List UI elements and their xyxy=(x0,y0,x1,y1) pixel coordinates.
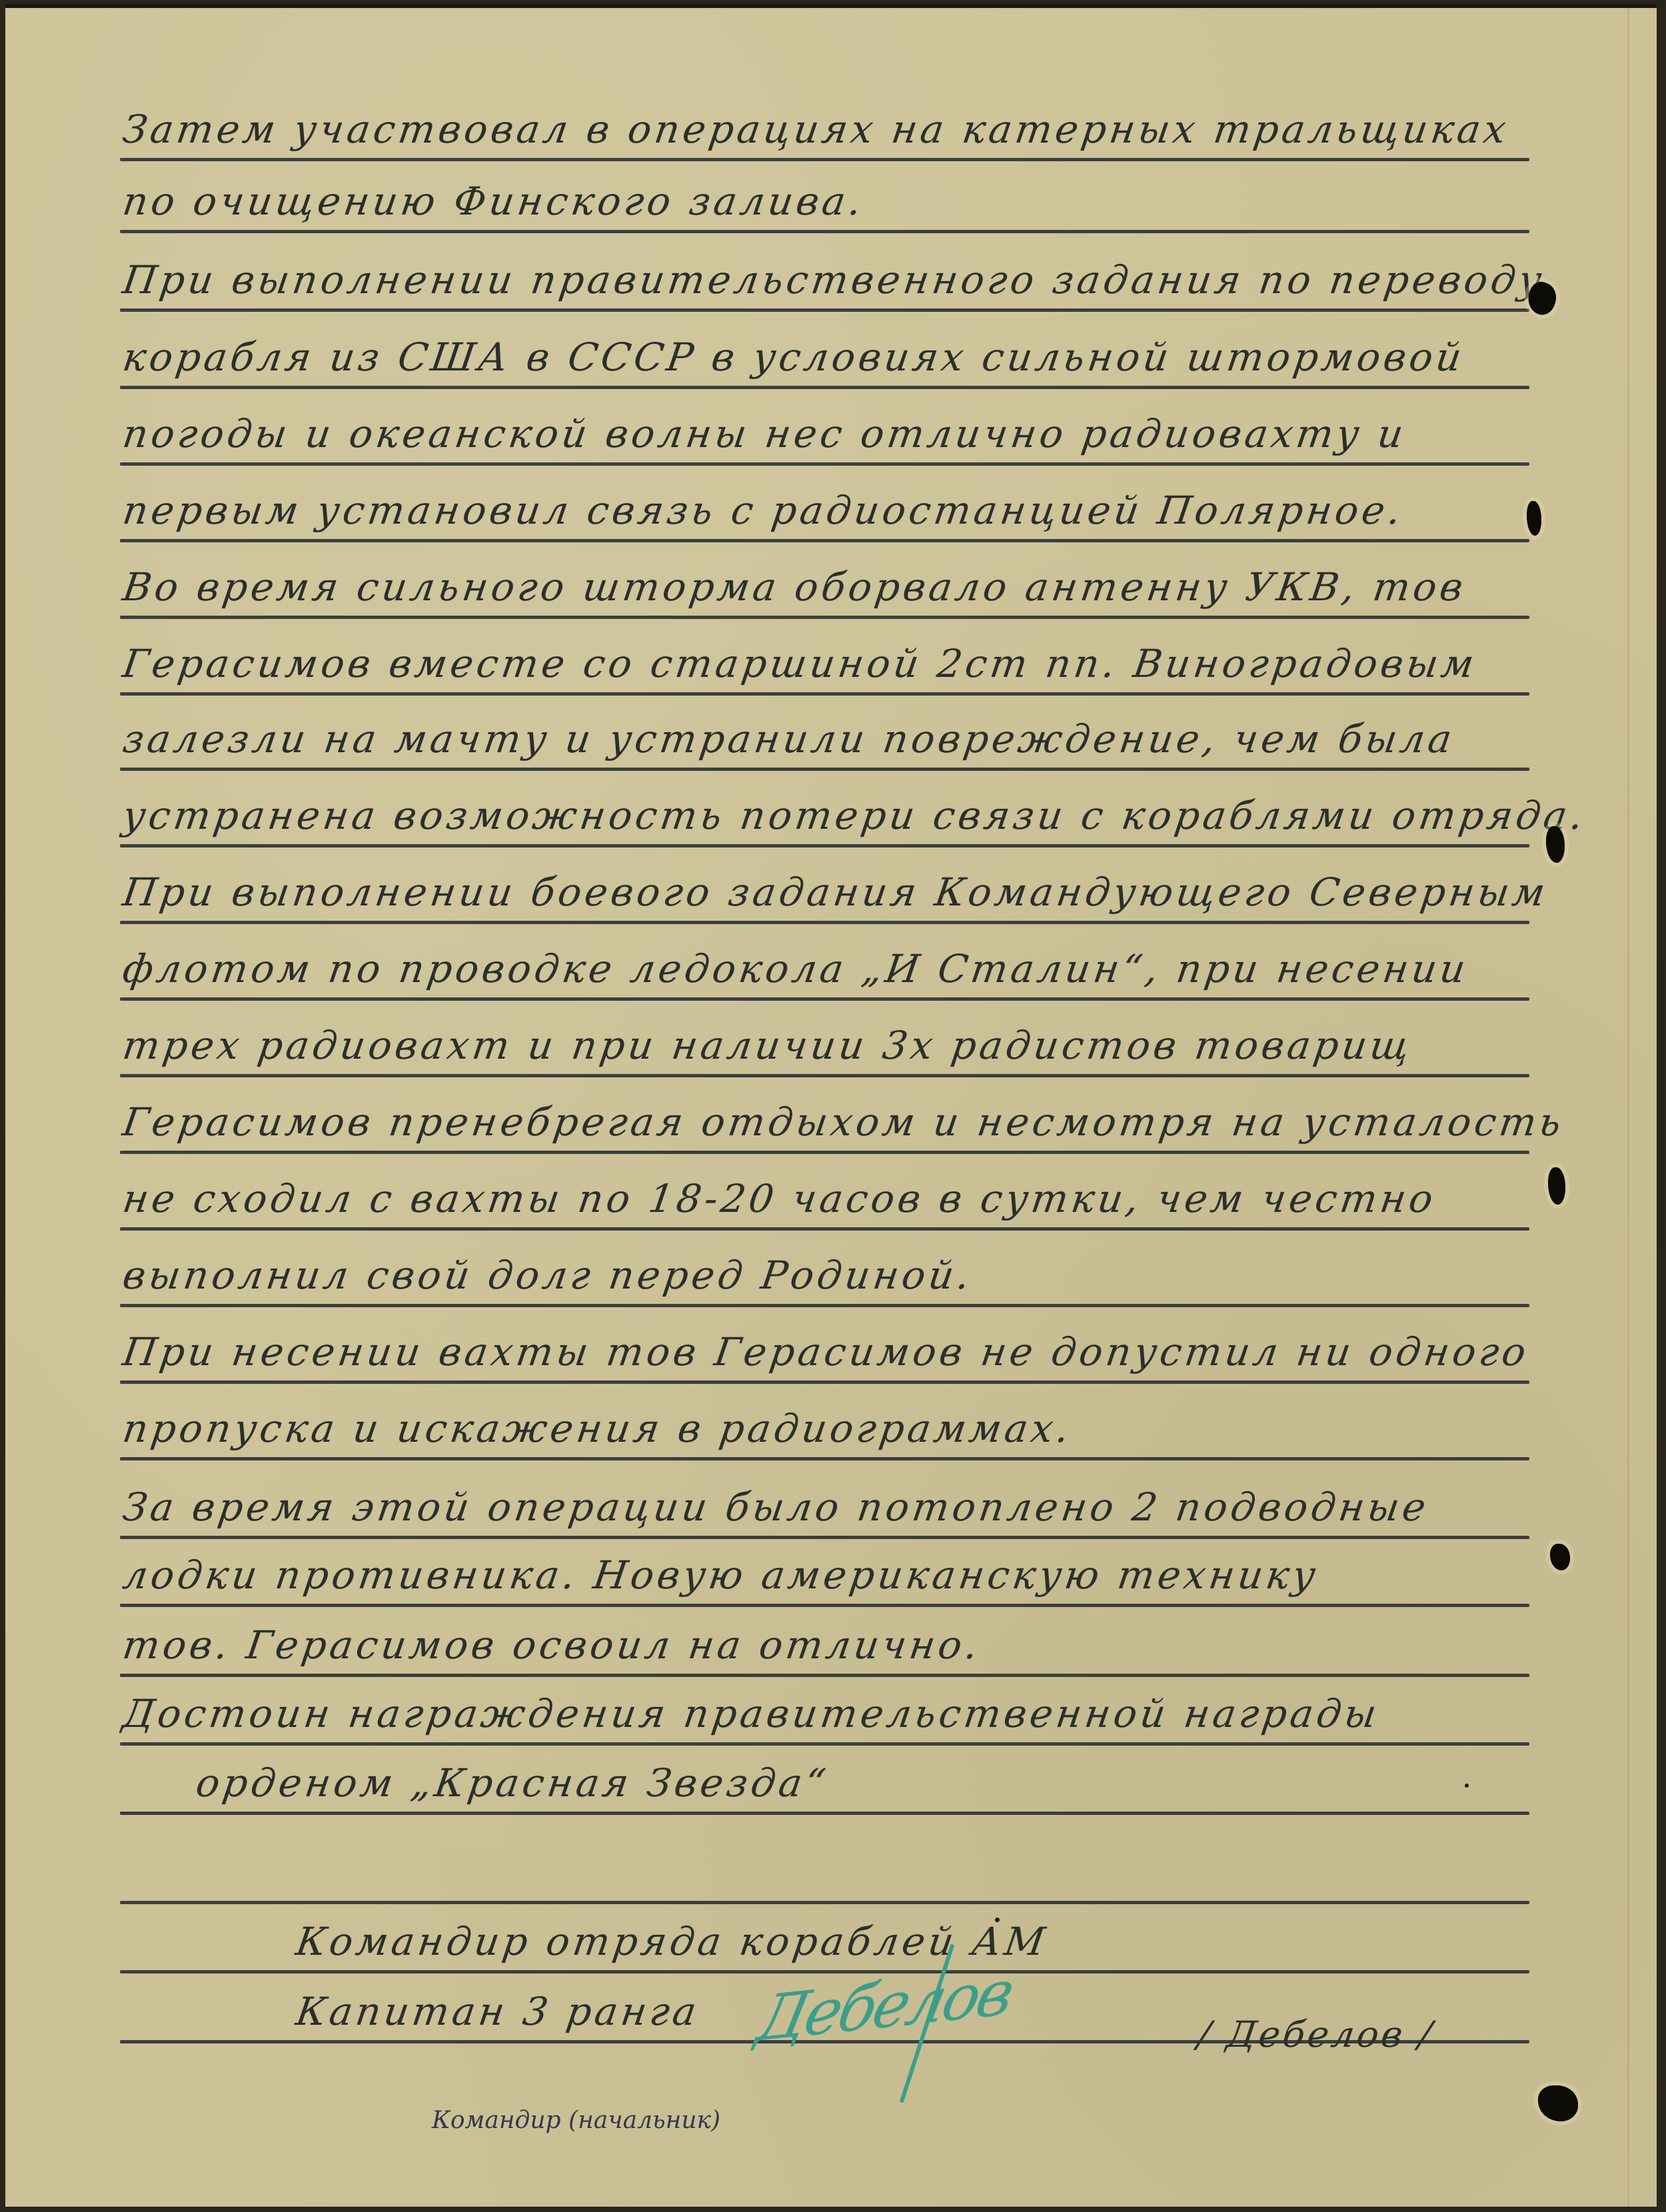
handwritten-text: За время этой операции было потоплено 2 … xyxy=(120,1484,1432,1530)
text-line-1: Затем участвовал в операциях на катерных… xyxy=(120,81,1529,161)
text-line-5: погоды и океанской волны нес отлично рад… xyxy=(120,386,1529,466)
signatory-name: / Дебелов / xyxy=(1196,2013,1437,2055)
handwritten-text: Герасимов пренебрегая отдыхом и несмотря… xyxy=(120,1099,1567,1145)
handwritten-text: пропуска и искажения в радиограммах. xyxy=(120,1406,1075,1451)
handwritten-text: не сходил с вахты по 18-20 часов в сутки… xyxy=(120,1176,1439,1221)
handwritten-text: выполнил свой долг перед Родиной. xyxy=(120,1253,976,1298)
binder-hole xyxy=(1538,2085,1578,2121)
handwritten-text: залезли на мачту и устранили повреждение… xyxy=(120,716,1458,762)
text-line-11: При выполнении боевого задания Командующ… xyxy=(120,844,1529,924)
handwritten-text: первым установил связь с радиостанцией П… xyxy=(120,488,1407,533)
handwritten-text: Герасимов вместе со старшиной 2ст пп. Ви… xyxy=(120,641,1480,686)
handwritten-text: Во время сильного шторма оборвало антенн… xyxy=(120,564,1469,610)
handwritten-text: При несении вахты тов Герасимов не допус… xyxy=(120,1329,1532,1375)
text-line-16: выполнил свой долг перед Родиной. xyxy=(120,1227,1529,1307)
handwritten-text: лодки противника. Новую американскую тех… xyxy=(120,1552,1321,1598)
text-line-23: орденом „Красная Звезда“ xyxy=(120,1735,1529,1815)
text-line-12: флотом по проводке ледокола „И Сталин“, … xyxy=(120,921,1529,1001)
handwritten-text: Достоин награждения правительственной на… xyxy=(120,1691,1383,1736)
binder-hole xyxy=(1550,1544,1570,1570)
text-line-7: Во время сильного шторма оборвало антенн… xyxy=(120,539,1529,619)
printed-form-caption: Командир (начальник) xyxy=(432,2107,720,2134)
text-line-24-blank xyxy=(120,1824,1529,1904)
handwritten-text: устранена возможность потери связи с кор… xyxy=(120,793,1589,838)
text-line-20: лодки противника. Новую американскую тех… xyxy=(120,1527,1529,1607)
text-line-2: по очищению Финского залива. xyxy=(120,153,1529,233)
document-page: Затем участвовал в операциях на катерных… xyxy=(5,4,1657,2207)
text-line-6: первым установил связь с радиостанцией П… xyxy=(120,462,1529,542)
ruled-line xyxy=(120,1812,1529,1815)
binder-hole xyxy=(1548,1167,1565,1205)
handwritten-text: по очищению Финского залива. xyxy=(120,179,868,224)
handwritten-text: погоды и океанской волны нес отлично рад… xyxy=(120,411,1409,456)
text-line-10: устранена возможность потери связи с кор… xyxy=(120,768,1529,847)
ink-speck xyxy=(995,1918,1000,1922)
handwritten-text: При выполнении боевого задания Командующ… xyxy=(120,869,1551,915)
handwritten-text: корабля из США в СССР в условиях сильной… xyxy=(120,334,1467,380)
binder-hole xyxy=(1546,826,1565,863)
rank-title: Капитан 3 ранга xyxy=(293,1989,702,2034)
position-title: Командир отряда кораблей АМ xyxy=(293,1919,1051,1964)
text-line-22: Достоин награждения правительственной на… xyxy=(120,1666,1529,1746)
handwritten-text: Затем участвовал в операциях на катерных… xyxy=(120,107,1512,152)
handwritten-text: При выполнении правительственного задани… xyxy=(120,257,1548,302)
handwritten-text: орденом „Красная Звезда“ xyxy=(193,1760,832,1806)
text-line-18: пропуска и искажения в радиограммах. xyxy=(120,1381,1529,1460)
signature-position-line: Командир отряда кораблей АМ xyxy=(120,1894,1529,1973)
handwritten-text: трех радиовахт и при наличии 3х радистов… xyxy=(120,1023,1415,1068)
text-line-21: тов. Герасимов освоил на отлично. xyxy=(120,1597,1529,1677)
text-line-8: Герасимов вместе со старшиной 2ст пп. Ви… xyxy=(120,616,1529,696)
text-line-14: Герасимов пренебрегая отдыхом и несмотря… xyxy=(120,1074,1529,1154)
fold-line xyxy=(1627,8,1629,2207)
text-line-9: залезли на мачту и устранили повреждение… xyxy=(120,691,1529,771)
ink-speck xyxy=(1465,1784,1469,1788)
text-line-13: трех радиовахт и при наличии 3х радистов… xyxy=(120,997,1529,1077)
handwritten-text: флотом по проводке ледокола „И Сталин“, … xyxy=(120,946,1471,991)
text-line-4: корабля из США в СССР в условиях сильной… xyxy=(120,309,1529,389)
binder-hole xyxy=(1527,501,1541,536)
text-line-3: При выполнении правительственного задани… xyxy=(120,232,1529,312)
text-line-17: При несении вахты тов Герасимов не допус… xyxy=(120,1304,1529,1384)
text-line-15: не сходил с вахты по 18-20 часов в сутки… xyxy=(120,1151,1529,1231)
scan-edge xyxy=(1658,0,1666,2212)
handwritten-text: тов. Герасимов освоил на отлично. xyxy=(120,1622,984,1668)
